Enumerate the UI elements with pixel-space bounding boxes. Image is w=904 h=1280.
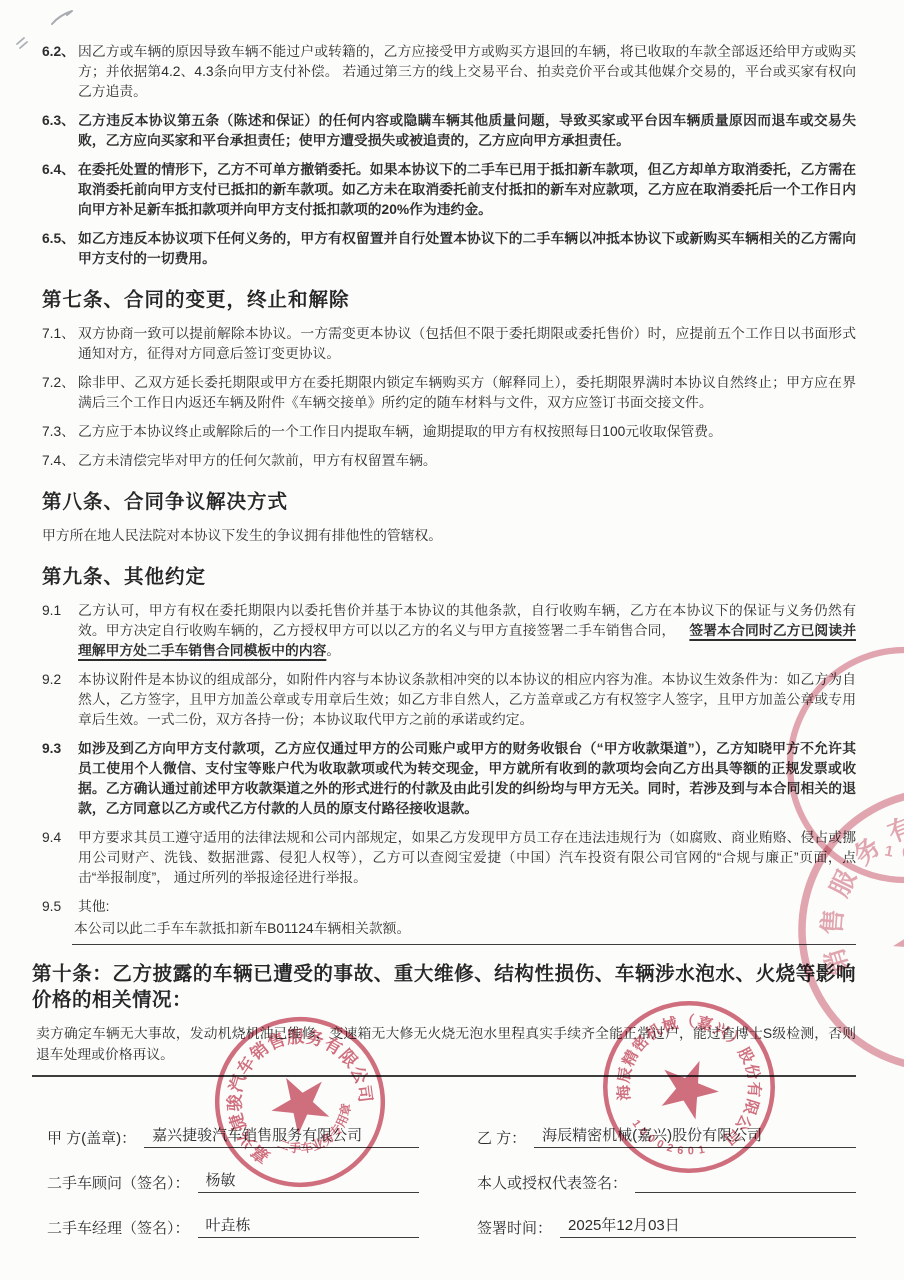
clause-text: 除非甲、乙双方延长委托期限或甲方在委托期限内锁定车辆购买方（解释同上），委托期限…: [78, 373, 856, 413]
rep-signature-blank: [635, 1190, 856, 1193]
rep-signature-label: 本人或授权代表签名：: [477, 1172, 635, 1193]
clause-7-3: 7.3、 乙方应于本协议终止或解除后的一个工作日内提取车辆，逾期提取的甲方有权按…: [42, 422, 856, 442]
seal-number-text: 10002601: [625, 1115, 710, 1167]
section-7-heading: 第七条、合同的变更，终止和解除: [42, 284, 856, 312]
section-8-heading: 第八条、合同争议解决方式: [42, 486, 856, 514]
sign-date-row: 签署时间： 2025年12月03日: [477, 1213, 856, 1238]
clause-number: 7.2、: [42, 373, 78, 413]
section-6: 6.2、 因乙方或车辆的原因导致车辆不能过户或转籍的，乙方应接受甲方或购买方退回…: [42, 42, 856, 269]
clause-6-2: 6.2、 因乙方或车辆的原因导致车辆不能过户或转籍的，乙方应接受甲方或购买方退回…: [42, 42, 856, 102]
clause-9-1: 9.1 乙方认可，甲方有权在委托期限内以委托售价并基于本协议的其他条款，自行收购…: [42, 601, 856, 661]
manager-label: 二手车经理（签名）：: [47, 1217, 198, 1238]
clause-text: 本协议附件是本协议的组成部分，如附件内容与本协议条款相冲突的以本协议的相应内容为…: [78, 670, 856, 730]
clause-number: 6.4、: [42, 160, 78, 220]
clause-7-1: 7.1、 双方协商一致可以提前解除本协议。一方需变更本协议（包括但不限于委托期限…: [42, 324, 856, 364]
contract-page: 6.2、 因乙方或车辆的原因导致车辆不能过户或转籍的，乙方应接受甲方或购买方退回…: [0, 0, 904, 1280]
clause-9-1-post: 。: [326, 643, 340, 658]
clause-text: 乙方未清偿完毕对甲方的任何欠款前，甲方有权留置车辆。: [78, 451, 856, 471]
clause-number: 9.1: [42, 601, 78, 661]
signature-block: 甲 方(盖章)： 嘉兴捷骏汽车销售服务有限公司 二手车顾问（签名）： 杨敏 二手…: [0, 1123, 904, 1238]
clause-7-2: 7.2、 除非甲、乙双方延长委托期限或甲方在委托期限内锁定车辆购买方（解释同上）…: [42, 373, 856, 413]
clause-9-2: 9.2 本协议附件是本协议的组成部分，如附件内容与本协议条款相冲突的以本协议的相…: [42, 670, 856, 730]
section-7: 7.1、 双方协商一致可以提前解除本协议。一方需变更本协议（包括但不限于委托期限…: [42, 324, 856, 471]
clause-number: 7.1、: [42, 324, 78, 364]
clause-text: 在委托处置的情形下，乙方不可单方撤销委托。如果本协议下的二手车已用于抵扣新车款项…: [78, 160, 856, 220]
clause-text: 因乙方或车辆的原因导致车辆不能过户或转籍的，乙方应接受甲方或购买方退回的车辆，将…: [78, 42, 856, 102]
clause-9-5: 9.5 其他: 本公司以此二手车车款抵扣新车B01124车辆相关款额。: [42, 897, 856, 945]
ink-smudge-icon: [48, 6, 78, 28]
clause-9-5-label: 其他:: [78, 897, 856, 917]
clause-6-3: 6.3、 乙方违反本协议第五条（陈述和保证）的任何内容或隐瞒车辆其他质量问题，导…: [42, 111, 856, 151]
section-10-heading: 第十条：乙方披露的车辆已遭受的事故、重大维修、结构性损伤、车辆涉水泡水、火烧等影…: [32, 961, 856, 1013]
advisor-row: 二手车顾问（签名）： 杨敏: [47, 1168, 419, 1193]
party-b-label: 乙 方：: [477, 1127, 534, 1148]
sign-date-value: 2025年12月03日: [560, 1214, 856, 1238]
clause-text: 乙方认可，甲方有权在委托期限内以委托售价并基于本协议的其他条款，自行收购车辆，乙…: [78, 601, 856, 661]
section-8-body: 甲方所在地人民法院对本协议下发生的争议拥有排他性的管辖权。: [42, 526, 856, 546]
clause-number: 9.3: [42, 739, 78, 819]
clause-number: 6.5、: [42, 229, 78, 269]
clause-7-4: 7.4、 乙方未清偿完毕对甲方的任何欠款前，甲方有权留置车辆。: [42, 451, 856, 471]
clause-number: 7.4、: [42, 451, 78, 471]
clause-number: 9.4: [42, 828, 78, 888]
section-9-heading: 第九条、其他约定: [42, 561, 856, 589]
clause-text: 乙方应于本协议终止或解除后的一个工作日内提取车辆，逾期提取的甲方有权按照每日10…: [78, 422, 856, 442]
manager-signature: 叶垚栋: [198, 1214, 419, 1238]
clause-9-4: 9.4 甲方要求其员工遵守适用的法律法规和公司内部规定，如果乙方发现甲方员工存在…: [42, 828, 856, 888]
clause-9-3: 9.3 如涉及到乙方向甲方支付款项，乙方应仅通过甲方的公司账户或甲方的财务收银台…: [42, 739, 856, 819]
manager-row: 二手车经理（签名）： 叶垚栋: [47, 1213, 419, 1238]
advisor-label: 二手车顾问（签名）：: [47, 1172, 198, 1193]
svg-text:10002601: 10002601: [625, 1115, 710, 1167]
section-9: 9.1 乙方认可，甲方有权在委托期限内以委托售价并基于本协议的其他条款，自行收购…: [42, 601, 856, 945]
clause-9-5-handwritten-line: 本公司以此二手车车款抵扣新车B01124车辆相关款额。: [72, 917, 856, 945]
clause-text: 如涉及到乙方向甲方支付款项，乙方应仅通过甲方的公司账户或甲方的财务收银台（“甲方…: [78, 739, 856, 819]
party-a-label: 甲 方(盖章)：: [47, 1127, 144, 1148]
clause-text: 乙方违反本协议第五条（陈述和保证）的任何内容或隐瞒车辆其他质量问题，导致买家或平…: [78, 111, 856, 151]
clause-number: 7.3、: [42, 422, 78, 442]
clause-number: 6.2、: [42, 42, 78, 102]
seal-star-icon: [874, 865, 904, 995]
clause-text: 双方协商一致可以提前解除本协议。一方需变更本协议（包括但不限于委托期限或委托售价…: [78, 324, 856, 364]
clause-6-4: 6.4、 在委托处置的情形下，乙方不可单方撤销委托。如果本协议下的二手车已用于抵…: [42, 160, 856, 220]
seal-star-icon: [651, 1050, 726, 1124]
sign-date-label: 签署时间：: [477, 1217, 560, 1238]
clause-number: 9.2: [42, 670, 78, 730]
clause-text: 其他: 本公司以此二手车车款抵扣新车B01124车辆相关款额。: [78, 897, 856, 945]
clause-6-5: 6.5、 如乙方违反本协议项下任何义务的，甲方有权留置并自行处置本协议下的二手车…: [42, 229, 856, 269]
ink-smudge-icon: [14, 32, 34, 50]
clause-text: 如乙方违反本协议项下任何义务的，甲方有权留置并自行处置本协议下的二手车辆以冲抵本…: [78, 229, 856, 269]
clause-number: 6.3、: [42, 111, 78, 151]
seal-star-icon: [261, 1063, 339, 1140]
